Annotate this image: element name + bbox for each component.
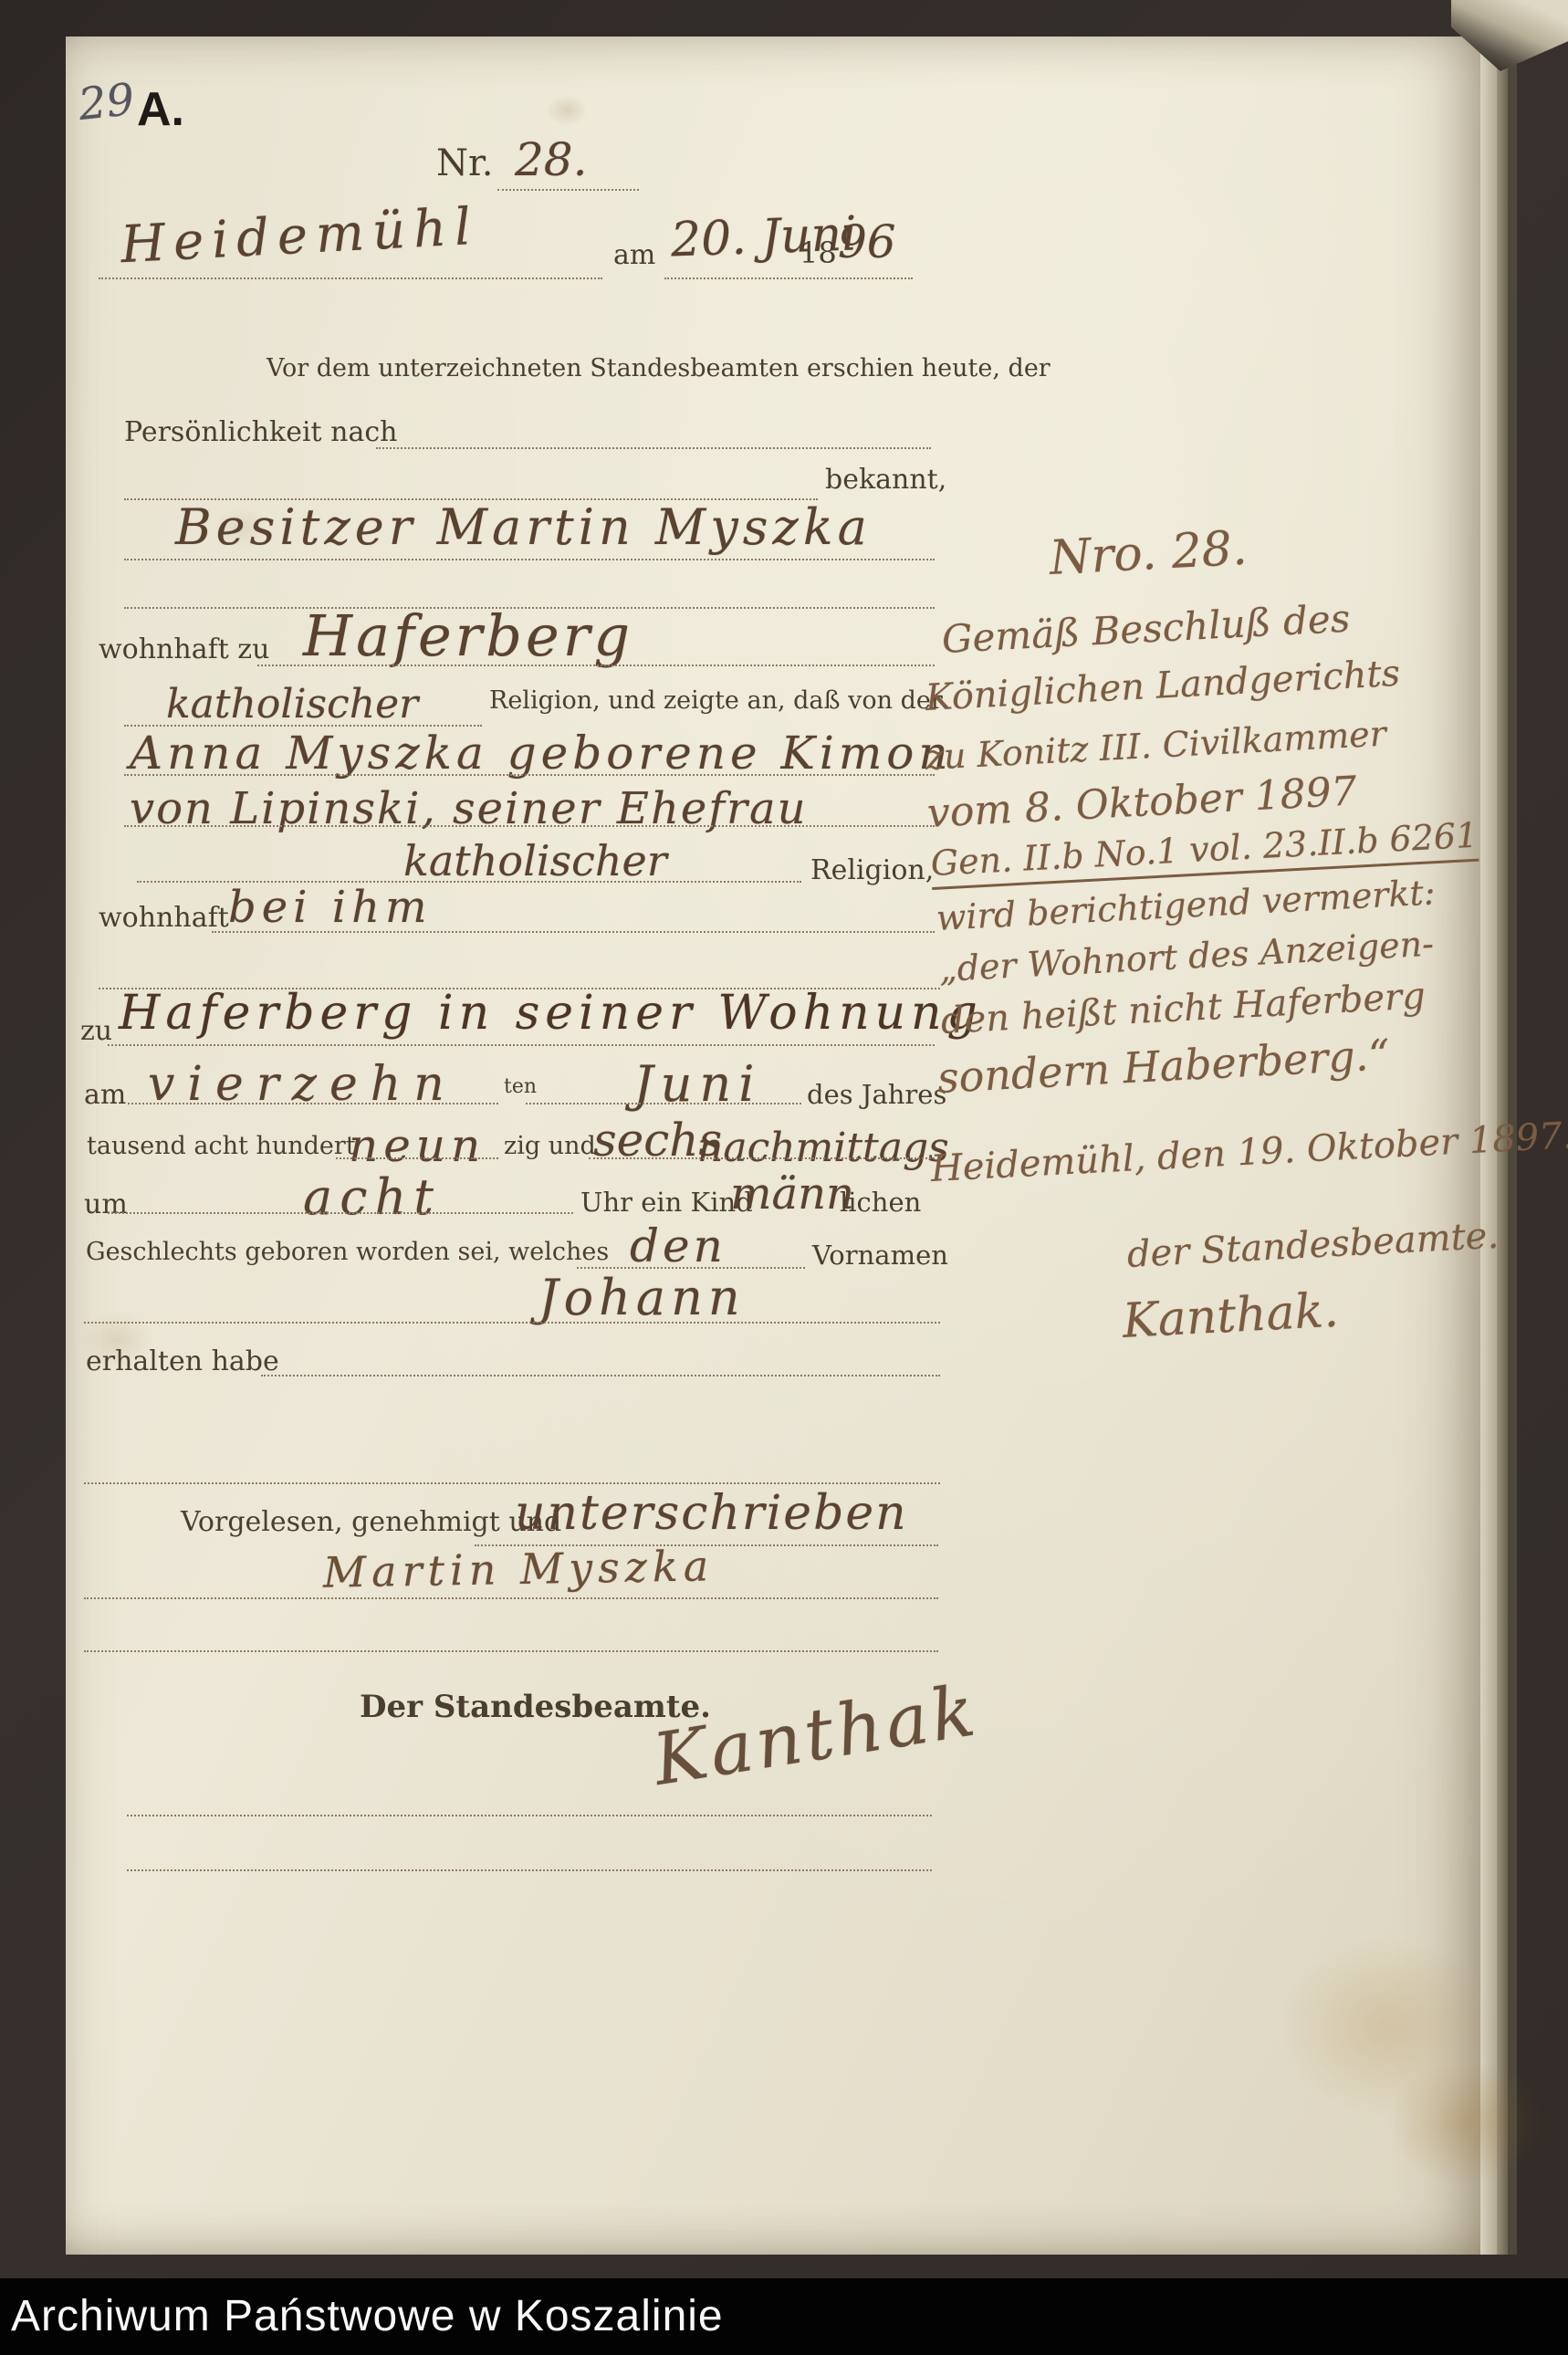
dotted-line (84, 1648, 938, 1652)
closing-printed-label: Vorgelesen, genehmigt und (181, 1506, 561, 1538)
closing-handwritten: unterschrieben (515, 1486, 908, 1541)
residence-label: wohnhaft zu (99, 633, 269, 665)
gender-suffix-label: lichen (840, 1187, 921, 1218)
dotted-line (257, 663, 935, 666)
dotted-line (124, 823, 935, 827)
birthday-year-label: des Jahres (807, 1079, 946, 1110)
dotted-line (108, 1042, 935, 1046)
record-number-value: 28. (515, 133, 588, 186)
dotted-line (336, 1156, 498, 1159)
dotted-line (124, 557, 935, 560)
resides-value: bei ihm (228, 882, 433, 933)
dotted-line (84, 1481, 940, 1484)
year-printed: 18 (800, 235, 837, 270)
child-name: Johann (538, 1269, 746, 1326)
declarant-signature: Martin Myszka (323, 1541, 715, 1596)
dotted-line (128, 1101, 498, 1104)
dotted-line (127, 1868, 932, 1871)
gender-line-label: Geschlechts geboren worden sei, welches (86, 1238, 609, 1266)
dotted-line (124, 772, 935, 776)
year-zig-und-label: zig und (504, 1132, 596, 1160)
declarant-name: Besitzer Martin Myszka (175, 498, 872, 556)
margin-note-number: Nro. 28. (1048, 521, 1248, 586)
margin-signature: Kanthak. (1121, 1283, 1340, 1349)
vornamen-label: Vornamen (812, 1240, 948, 1271)
dotted-line (212, 929, 935, 933)
known-label: bekannt, (825, 464, 946, 496)
dotted-line (526, 1101, 801, 1104)
dotted-line (589, 1156, 935, 1159)
year-tens-value: neun (349, 1119, 486, 1172)
identity-label: Persönlichkeit nach (124, 416, 397, 448)
dotted-line (99, 276, 602, 279)
birthplace-value: Haferberg in seiner Wohnung (119, 986, 983, 1041)
religion-mother-value: katholischer (403, 836, 667, 885)
stain (546, 95, 588, 126)
religion-mother-label: Religion, (810, 854, 934, 886)
time-uhr-label: Uhr ein Kind (580, 1187, 753, 1218)
birthday-ten-suffix: ten (504, 1075, 537, 1098)
religion-father-value: katholischer (166, 681, 418, 727)
dotted-line (108, 1210, 573, 1214)
date-preposition: am (613, 239, 655, 271)
daytime-value: nachmittags (697, 1125, 949, 1171)
dotted-line (376, 445, 931, 449)
dotted-line (497, 187, 639, 191)
dotted-line (84, 1596, 938, 1599)
dotted-line (261, 1373, 940, 1376)
birthday-am-label: am (84, 1079, 126, 1111)
record-number-label: Nr. (436, 142, 493, 184)
archive-watermark-bar: Archiwum Państwowe w Koszalinie (0, 2278, 1568, 2355)
year-thousand-label: tausend acht hundert (87, 1132, 356, 1160)
intro-line: Vor dem unterzeichneten Standesbeamten e… (267, 354, 1051, 382)
dotted-line (84, 1320, 940, 1324)
corner-number: 29 (76, 74, 137, 131)
dotted-line (127, 1813, 932, 1816)
gender-value: männ (730, 1168, 854, 1219)
religion-announce-label: Religion, und zeigte an, daß von der (489, 686, 943, 715)
corner-stamp: A. (137, 82, 184, 137)
time-value: acht (303, 1168, 441, 1226)
resides-label: wohnhaft (99, 902, 229, 934)
scanned-registry-page: 29 A. Nr. 28. Heidemühl am 20. Juni 18 9… (0, 0, 1568, 2355)
dotted-line (664, 276, 913, 279)
residence-value: Haferberg (303, 602, 633, 669)
time-um-label: um (84, 1188, 128, 1220)
archive-watermark: Archiwum Państwowe w Koszalinie (11, 2291, 724, 2341)
year-handwritten: 96 (838, 215, 896, 268)
received-label: erhalten habe (86, 1345, 279, 1377)
stain (1387, 2058, 1542, 2186)
